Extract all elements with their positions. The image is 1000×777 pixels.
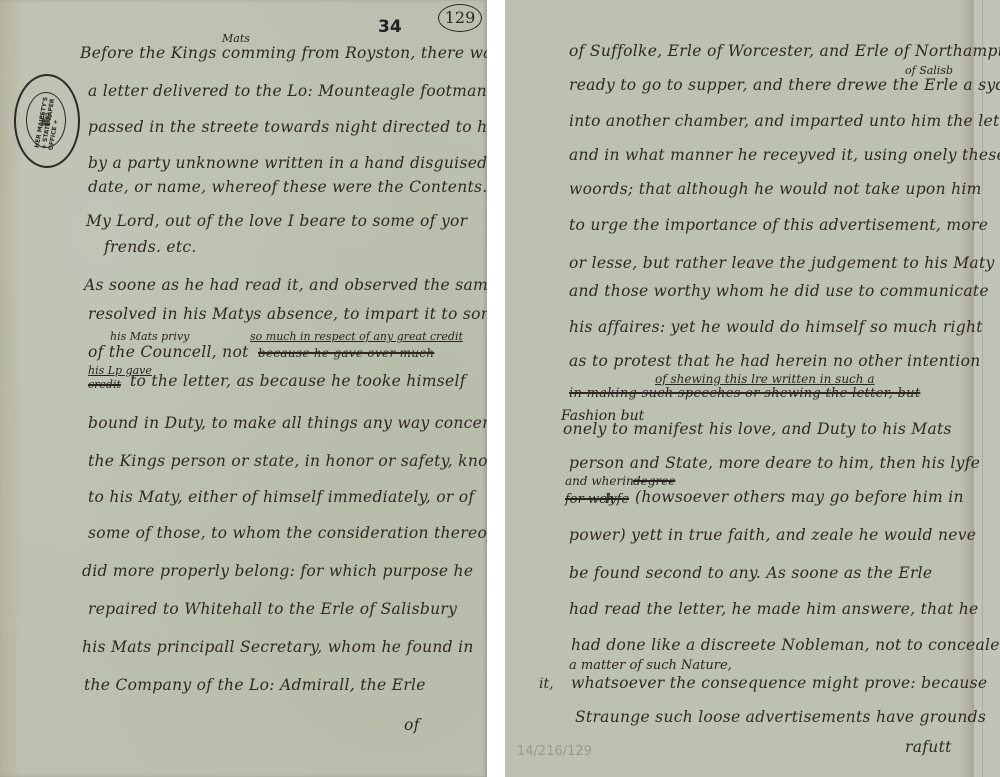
struck-lyfe: lyfe: [605, 492, 629, 507]
text-line-14: (howsoever others may go before him in: [635, 488, 964, 506]
text-line-13: the Kings person or state, in honor or s…: [88, 452, 487, 470]
struck-text-credit: credit: [88, 378, 121, 391]
text-line-17: repaired to Whitehall to the Erle of Sal…: [88, 600, 457, 618]
insertion-in-respect: so much in respect of any great credit: [250, 330, 463, 343]
text-line-8: As soone as he had read it, and observed…: [84, 276, 487, 294]
struck-text-because: because he gave over much: [258, 346, 434, 360]
text-line-19: the Company of the Lo: Admirall, the Erl…: [84, 676, 426, 694]
text-line-6: My Lord, out of the love I beare to some…: [86, 212, 467, 230]
manuscript-page-right: of Suffolke, Erle of Worcester, and Erle…: [505, 0, 1000, 777]
folio-number: 129: [438, 4, 482, 32]
text-line-7: frends. etc.: [104, 238, 197, 256]
text-line-19: whatsoever the consequence might prove: …: [571, 674, 987, 692]
text-line-2: ready to go to supper, and there drewe t…: [569, 76, 1000, 94]
text-line-16: did more properly belong: for which purp…: [82, 562, 473, 580]
text-line-9: resolved in his Matys absence, to impart…: [88, 305, 487, 323]
text-line-13: person and State, more deare to him, the…: [569, 454, 980, 472]
text-line-14: to his Maty, either of himself immediate…: [88, 488, 474, 506]
text-line-8: and those worthy whom he did use to comm…: [569, 282, 989, 300]
archive-reference: 14/216/129: [517, 744, 592, 759]
text-line-18: his Mats principall Secretary, whom he f…: [82, 638, 474, 656]
catchword: rafutt: [905, 738, 952, 756]
text-line-10: of the Councell, not: [88, 343, 249, 361]
text-line-18: had done like a discreete Nobleman, not …: [571, 636, 1000, 654]
text-line-5: woords; that although he would not take …: [569, 180, 982, 198]
text-line-12: onely to manifest his love, and Duty to …: [563, 420, 952, 438]
text-line-16: be found second to any. As soone as the …: [569, 564, 932, 582]
manuscript-page-left: ♛ HER MAJESTY'S + STATE PAPER OFFICE + 3…: [0, 0, 487, 777]
text-line-11: to the letter, as because he tooke himse…: [130, 372, 466, 390]
text-line-1: of Suffolke, Erle of Worcester, and Erle…: [569, 42, 1000, 60]
text-line-7: or lesse, but rather leave the judgement…: [569, 254, 995, 272]
insertion-privy: his Mats privy: [110, 330, 189, 343]
text-line-5: date, or name, whereof these were the Co…: [88, 178, 487, 196]
insertion-of-shewing: of shewing this lre written in such a: [655, 372, 874, 386]
text-line-3: passed in the streete towards night dire…: [88, 118, 487, 136]
text-line-17: had read the letter, he made him answere…: [569, 600, 979, 618]
text-line-4: by a party unknowne written in a hand di…: [88, 154, 487, 172]
margin-mark: it,: [539, 676, 554, 692]
insertion-matter-nature: a matter of such Nature,: [569, 658, 732, 673]
text-line-12: bound in Duty, to make all things any wa…: [88, 414, 487, 432]
struck-degree: degree: [633, 474, 675, 488]
text-line-10: as to protest that he had herein no othe…: [569, 352, 981, 370]
text-line-9: his affaires: yet he would do himself so…: [569, 318, 983, 336]
text-line-6: to urge the importance of this advertise…: [569, 216, 988, 234]
catchword: of: [404, 716, 420, 734]
text-line-4: and in what manner he receyved it, using…: [569, 146, 1000, 164]
text-line-1: Before the Kings comming from Royston, t…: [80, 44, 487, 62]
text-line-20: Straunge such loose advertisements have …: [575, 708, 986, 726]
text-line-11-struck: in making such speeches or shewing the l…: [569, 386, 920, 401]
page-number: 34: [378, 17, 402, 37]
text-line-3: into another chamber, and imparted unto …: [569, 112, 1000, 130]
insertion-and-wherin: and wherin: [565, 474, 634, 488]
state-paper-office-stamp: ♛ HER MAJESTY'S + STATE PAPER OFFICE +: [14, 74, 80, 168]
text-line-15: power) yett in true faith, and zeale he …: [569, 526, 976, 544]
text-line-15: some of those, to whom the consideration…: [88, 524, 487, 542]
text-line-2: a letter delivered to the Lo: Mounteagle…: [88, 82, 487, 100]
